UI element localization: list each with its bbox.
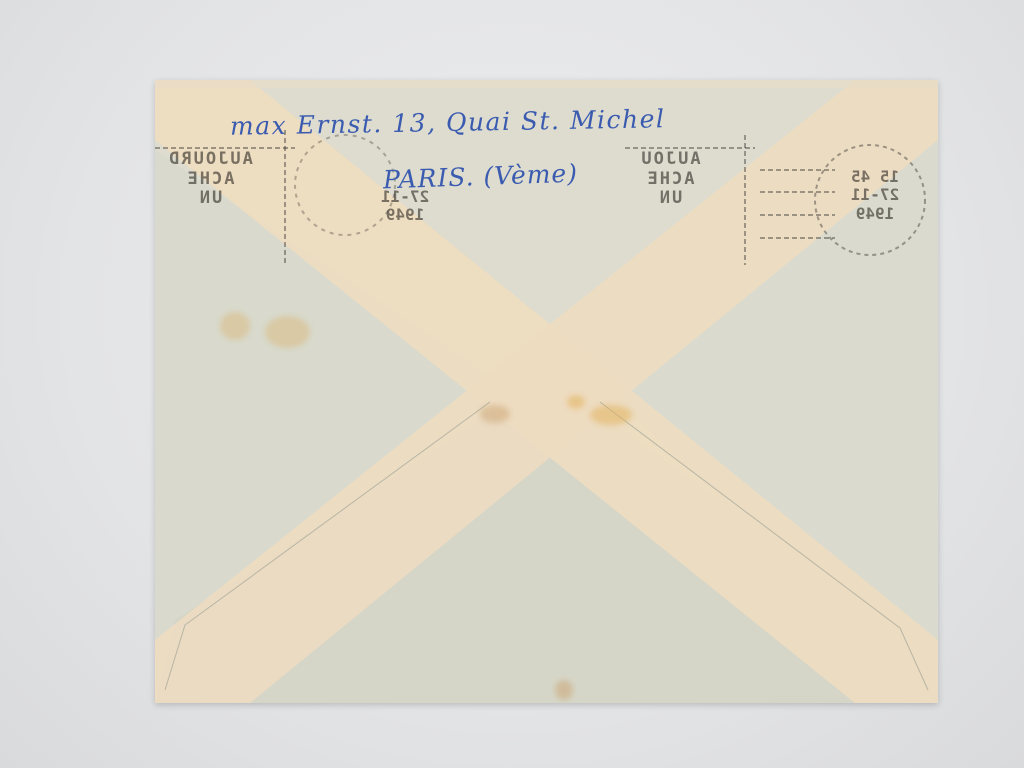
stain — [590, 405, 632, 425]
stain — [265, 316, 310, 348]
postmark-text: 15 45 — [840, 168, 910, 186]
postmark-slogan-left: AUJOURD ACHE UN — [155, 150, 265, 209]
postmark-text: ACHE — [155, 170, 265, 190]
postmark-text: UN — [155, 189, 265, 209]
postmark-text: AUJOURD — [155, 150, 265, 170]
stain — [220, 312, 250, 340]
postmark-text: 27-11 — [840, 186, 910, 204]
postmark-date-right: 15 45 27-11 1949 — [840, 168, 910, 223]
postmark-text: AUJOU — [615, 150, 725, 170]
postmark-text: 1949 — [370, 206, 440, 224]
stain — [555, 680, 573, 700]
stain — [567, 395, 585, 409]
postmark-text: UN — [615, 189, 725, 209]
postmark-slogan-center-right: AUJOU ACHE UN — [615, 150, 725, 209]
postmark-text: ACHE — [615, 170, 725, 190]
stain — [480, 405, 510, 423]
envelope-back: AUJOURD ACHE UN 27-11 1949 AUJOU ACHE UN… — [155, 80, 938, 703]
postmark-text: 1949 — [840, 205, 910, 223]
